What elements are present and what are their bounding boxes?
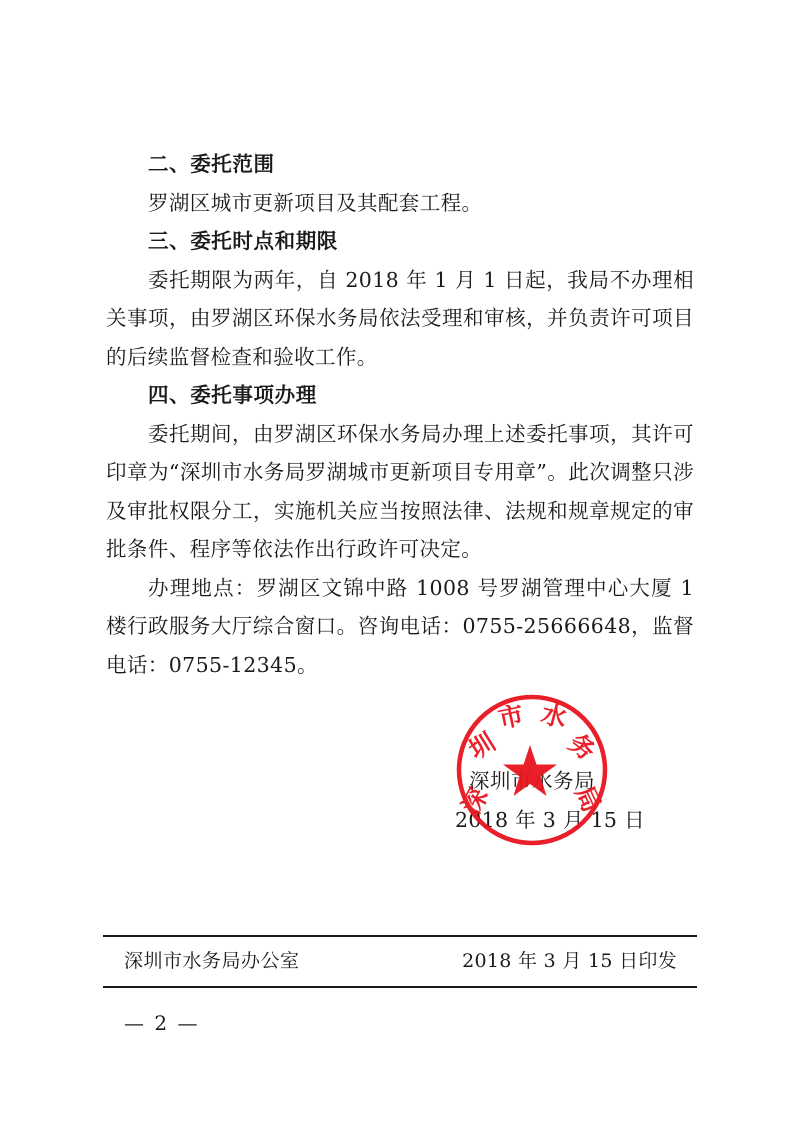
- section-paragraph: 委托期限为两年，自 2018 年 1 月 1 日起，我局不办理相关事项，由罗湖区…: [106, 261, 694, 377]
- section-period: 三、委托时点和期限 委托期限为两年，自 2018 年 1 月 1 日起，我局不办…: [106, 222, 694, 376]
- signature-date: 2018 年 3 月 15 日: [455, 801, 625, 840]
- footer-bottom-rule: [103, 986, 697, 988]
- signature-block: 深圳市水务局 2018 年 3 月 15 日: [455, 762, 625, 839]
- section-heading: 二、委托范围: [106, 145, 694, 184]
- footer-issuer: 深圳市水务局办公室: [124, 947, 300, 975]
- document-body: 二、委托范围 罗湖区城市更新项目及其配套工程。 三、委托时点和期限 委托期限为两…: [106, 145, 694, 684]
- seal-char: 市: [496, 700, 526, 734]
- seal-char: 务: [563, 728, 601, 766]
- footer-top-rule: [103, 935, 697, 937]
- footer-issue-date: 2018 年 3 月 15 日印发: [462, 947, 677, 975]
- signature-organization: 深圳市水务局: [455, 762, 625, 801]
- section-scope: 二、委托范围 罗湖区城市更新项目及其配套工程。: [106, 145, 694, 222]
- document-page: 二、委托范围 罗湖区城市更新项目及其配套工程。 三、委托时点和期限 委托期限为两…: [0, 0, 793, 1123]
- seal-char: 水: [538, 699, 569, 733]
- section-heading: 四、委托事项办理: [106, 376, 694, 415]
- contact-paragraph: 办理地点：罗湖区文锦中路 1008 号罗湖管理中心大厦 1 楼行政服务大厅综合窗…: [106, 569, 694, 685]
- page-number: — 2 —: [124, 1010, 199, 1036]
- seal-char: 圳: [464, 727, 501, 765]
- section-heading: 三、委托时点和期限: [106, 222, 694, 261]
- section-paragraph: 罗湖区城市更新项目及其配套工程。: [106, 184, 694, 223]
- section-paragraph: 委托期间，由罗湖区环保水务局办理上述委托事项，其许可印章为“深圳市水务局罗湖城市…: [106, 415, 694, 569]
- section-handling: 四、委托事项办理 委托期间，由罗湖区环保水务局办理上述委托事项，其许可印章为“深…: [106, 376, 694, 684]
